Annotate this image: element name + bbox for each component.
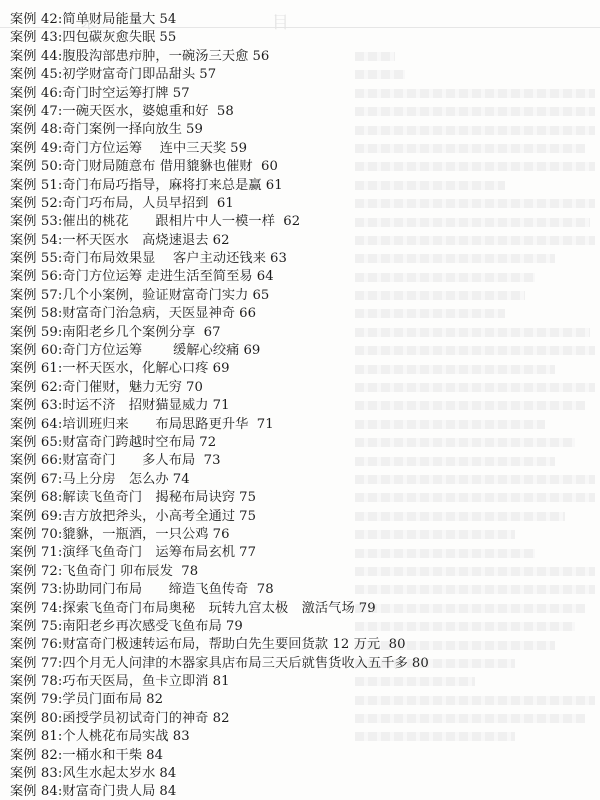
case-title: 解读飞鱼奇门 揭秘布局诀窍: [62, 490, 235, 505]
case-label: 案例: [10, 86, 37, 101]
case-title: 一碗天医水，婆媳重和好: [62, 104, 212, 119]
case-number: 65: [41, 435, 58, 450]
case-number: 72: [41, 564, 58, 579]
page-number: 58: [217, 104, 234, 119]
case-number: 68: [41, 490, 58, 505]
case-title: 奇门方位运筹 走进生活至简至易: [62, 269, 252, 284]
case-number: 56: [41, 269, 58, 284]
page-number: 82: [213, 711, 230, 726]
page-number: 65: [252, 288, 269, 303]
toc-entry: 案例 80:函授学员初试奇门的神奇82: [10, 710, 600, 728]
page-number: 79: [226, 619, 243, 634]
page-number: 62: [283, 214, 300, 229]
toc-entry: 案例 49:奇门方位运筹 连中三天奖59: [10, 140, 600, 158]
case-number: 50: [41, 159, 58, 174]
case-label: 案例: [10, 398, 37, 413]
page-number: 84: [146, 748, 163, 763]
case-title: 学员门面布局: [62, 692, 142, 707]
page-number: 82: [146, 692, 163, 707]
page-number: 59: [230, 141, 247, 156]
case-title: 一杯天医水，化解心口疼: [62, 361, 208, 376]
page-number: 75: [239, 509, 256, 524]
case-number: 63: [41, 398, 58, 413]
case-number: 43: [41, 30, 58, 45]
toc-entry: 案例 45:初学财富奇门即品甜头57: [10, 66, 600, 84]
case-label: 案例: [10, 269, 37, 284]
page-number: 84: [159, 784, 176, 799]
case-title: 吉方放把斧头，小高考全通过: [62, 509, 235, 524]
case-number: 79: [41, 692, 58, 707]
toc-entry: 案例 67:马上分房 怎么办74: [10, 471, 600, 489]
case-title: 貔貅，一瓶酒，一只公鸡: [62, 527, 208, 542]
case-number: 76: [41, 637, 58, 652]
toc-entry: 案例 64:培训班归来 布局思路更升华 71: [10, 416, 600, 434]
case-number: 74: [41, 601, 58, 616]
case-number: 58: [41, 306, 58, 321]
case-title: 财富奇门治急病，天医显神奇: [62, 306, 235, 321]
case-title: 培训班归来 布局思路更升华: [62, 417, 252, 432]
case-label: 案例: [10, 435, 37, 450]
toc-entry: 案例 77:四个月无人问津的木器家具店布局三天后就售货收入五千多80: [10, 655, 600, 673]
case-number: 46: [41, 86, 58, 101]
case-title: 马上分房 怎么办: [62, 472, 168, 487]
case-number: 42: [41, 12, 58, 27]
page-number: 69: [213, 361, 230, 376]
case-label: 案例: [10, 656, 37, 671]
case-title: 南阳老乡几个案例分享: [62, 325, 199, 340]
case-title: 奇门方位运筹 缓解心绞痛: [62, 343, 239, 358]
case-number: 55: [41, 251, 58, 266]
case-number: 82: [41, 748, 58, 763]
case-label: 案例: [10, 784, 37, 799]
page-number: 74: [173, 472, 190, 487]
case-label: 案例: [10, 122, 37, 137]
case-label: 案例: [10, 674, 37, 689]
case-label: 案例: [10, 527, 37, 542]
case-number: 77: [41, 656, 58, 671]
case-title: 飞鱼奇门 卯布辰发: [62, 564, 177, 579]
toc-entry: 案例 76:财富奇门极速转运布局，帮助白先生要回货款 12 万元 80: [10, 636, 600, 654]
case-title: 初学财富奇门即品甜头: [62, 67, 195, 82]
case-title: 奇门布局效果显 客户主动还钱来: [62, 251, 266, 266]
case-title: 几个小案例，验证财富奇门实力: [62, 288, 248, 303]
case-title: 奇门巧布局，人员早招到: [62, 196, 212, 211]
case-title: 四个月无人问津的木器家具店布局三天后就售货收入五千多: [62, 656, 407, 671]
page-number: 60: [261, 159, 278, 174]
case-title: 催出的桃花 跟相片中人一模一样: [62, 214, 279, 229]
case-number: 62: [41, 380, 58, 395]
case-label: 案例: [10, 12, 37, 27]
case-number: 70: [41, 527, 58, 542]
case-number: 80: [41, 711, 58, 726]
case-label: 案例: [10, 509, 37, 524]
case-number: 57: [41, 288, 58, 303]
toc-entry: 案例 52:奇门巧布局，人员早招到 61: [10, 195, 600, 213]
toc-entry: 案例 46:奇门时空运筹打牌57: [10, 85, 600, 103]
case-label: 案例: [10, 159, 37, 174]
case-number: 53: [41, 214, 58, 229]
case-title: 奇门时空运筹打牌: [62, 86, 168, 101]
case-title: 一杯天医水 高烧速退去: [62, 233, 208, 248]
page-number: 67: [204, 325, 221, 340]
case-title: 奇门催财，魅力无穷: [62, 380, 182, 395]
case-label: 案例: [10, 472, 37, 487]
case-label: 案例: [10, 490, 37, 505]
toc-entry: 案例 62:奇门催财，魅力无穷70: [10, 379, 600, 397]
toc-entry: 案例 50:奇门财局随意布 借用貔貅也催财 60: [10, 158, 600, 176]
page-number: 61: [217, 196, 234, 211]
toc-entry: 案例 82:一桶水和干柴84: [10, 747, 600, 765]
case-label: 案例: [10, 49, 37, 64]
toc-entry: 案例 68:解读飞鱼奇门 揭秘布局诀窍75: [10, 489, 600, 507]
toc-entry: 案例 78:巧布天医局，鱼卡立即消81: [10, 673, 600, 691]
case-number: 67: [41, 472, 58, 487]
case-label: 案例: [10, 711, 37, 726]
toc-entry: 案例 61:一杯天医水，化解心口疼69: [10, 360, 600, 378]
page-number: 81: [213, 674, 230, 689]
case-title: 奇门案例一择向放生: [62, 122, 182, 137]
case-title: 函授学员初试奇门的神奇: [62, 711, 208, 726]
toc-entry: 案例 58:财富奇门治急病，天医显神奇66: [10, 305, 600, 323]
case-label: 案例: [10, 601, 37, 616]
case-title: 奇门财局随意布 借用貔貅也催财: [62, 159, 257, 174]
toc-entry: 案例 54:一杯天医水 高烧速退去62: [10, 232, 600, 250]
toc-entry: 案例 51:奇门布局巧指导，麻将打来总是赢61: [10, 177, 600, 195]
case-label: 案例: [10, 748, 37, 763]
case-label: 案例: [10, 196, 37, 211]
toc-entry: 案例 84:财富奇门贵人局84: [10, 783, 600, 800]
case-label: 案例: [10, 729, 37, 744]
case-label: 案例: [10, 288, 37, 303]
page-number: 73: [204, 453, 221, 468]
case-number: 48: [41, 122, 58, 137]
case-label: 案例: [10, 582, 37, 597]
case-title: 探索飞鱼奇门布局奥秘 玩转九宫太极 激活气场: [62, 601, 354, 616]
case-number: 78: [41, 674, 58, 689]
case-number: 64: [41, 417, 58, 432]
page-number: 75: [239, 490, 256, 505]
case-label: 案例: [10, 453, 37, 468]
case-label: 案例: [10, 619, 37, 634]
toc-entry: 案例 42:简单财局能量大54: [10, 11, 600, 29]
case-number: 59: [41, 325, 58, 340]
page-number: 71: [257, 417, 274, 432]
page-number: 69: [243, 343, 260, 358]
toc-entry: 案例 59:南阳老乡几个案例分享 67: [10, 324, 600, 342]
page-number: 63: [270, 251, 287, 266]
case-number: 69: [41, 509, 58, 524]
page-number: 61: [266, 178, 283, 193]
page-number: 76: [213, 527, 230, 542]
case-title: 巧布天医局，鱼卡立即消: [62, 674, 208, 689]
page-number: 72: [199, 435, 216, 450]
case-number: 81: [41, 729, 58, 744]
case-title: 简单财局能量大: [62, 12, 155, 27]
toc-entry: 案例 71:演绎飞鱼奇门 运筹布局玄机77: [10, 544, 600, 562]
case-title: 个人桃花布局实战: [62, 729, 168, 744]
page-number: 83: [173, 729, 190, 744]
case-number: 61: [41, 361, 58, 376]
case-number: 51: [41, 178, 58, 193]
page-number: 57: [199, 67, 216, 82]
page-number: 66: [239, 306, 256, 321]
page-number: 80: [412, 656, 429, 671]
toc-entry: 案例 75:南阳老乡再次感受飞鱼布局79: [10, 618, 600, 636]
case-label: 案例: [10, 361, 37, 376]
toc-entry: 案例 43:四包碳灰愈失眠55: [10, 29, 600, 47]
case-number: 49: [41, 141, 58, 156]
case-number: 45: [41, 67, 58, 82]
case-label: 案例: [10, 380, 37, 395]
case-title: 奇门布局巧指导，麻将打来总是赢: [62, 178, 261, 193]
case-title: 奇门方位运筹 连中三天奖: [62, 141, 226, 156]
page-number: 64: [257, 269, 274, 284]
case-number: 66: [41, 453, 58, 468]
case-label: 案例: [10, 417, 37, 432]
page-number: 77: [239, 545, 256, 560]
case-label: 案例: [10, 564, 37, 579]
toc-entry: 案例 83:风生水起太岁水84: [10, 765, 600, 783]
page-number: 57: [173, 86, 190, 101]
case-label: 案例: [10, 692, 37, 707]
case-title: 时运不济 招财猫显威力: [62, 398, 208, 413]
case-title: 财富奇门跨越时空布局: [62, 435, 195, 450]
toc-entry: 案例 57:几个小案例，验证财富奇门实力65: [10, 287, 600, 305]
toc-entry: 案例 81:个人桃花布局实战83: [10, 728, 600, 746]
case-number: 75: [41, 619, 58, 634]
case-title: 一桶水和干柴: [62, 748, 142, 763]
page-number: 78: [181, 564, 198, 579]
case-label: 案例: [10, 141, 37, 156]
case-number: 83: [41, 766, 58, 781]
case-label: 案例: [10, 251, 37, 266]
document-page: 录 目 案例 42:简单财局能量大54案例 43:四包碳灰愈失眠55案例 44:…: [0, 0, 600, 800]
toc-entry: 案例 70:貔貅，一瓶酒，一只公鸡76: [10, 526, 600, 544]
case-label: 案例: [10, 67, 37, 82]
toc-entry: 案例 65:财富奇门跨越时空布局72: [10, 434, 600, 452]
page-number: 78: [257, 582, 274, 597]
page-number: 55: [159, 30, 176, 45]
toc-entry: 案例 63:时运不济 招财猫显威力71: [10, 397, 600, 415]
toc-entry: 案例 44:腹股沟部患疖肿，一碗汤三天愈56: [10, 48, 600, 66]
case-number: 73: [41, 582, 58, 597]
toc-entry: 案例 72:飞鱼奇门 卯布辰发 78: [10, 563, 600, 581]
case-number: 52: [41, 196, 58, 211]
page-number: 84: [159, 766, 176, 781]
toc-entry: 案例 47:一碗天医水，婆媳重和好 58: [10, 103, 600, 121]
case-label: 案例: [10, 178, 37, 193]
case-title: 演绎飞鱼奇门 运筹布局玄机: [62, 545, 235, 560]
case-label: 案例: [10, 233, 37, 248]
case-number: 71: [41, 545, 58, 560]
toc-entry: 案例 79:学员门面布局82: [10, 691, 600, 709]
case-number: 47: [41, 104, 58, 119]
toc-entry: 案例 53:催出的桃花 跟相片中人一模一样 62: [10, 213, 600, 231]
case-title: 财富奇门极速转运布局，帮助白先生要回货款 12 万元: [62, 637, 384, 652]
case-label: 案例: [10, 637, 37, 652]
case-title: 风生水起太岁水: [62, 766, 155, 781]
page-number: 54: [159, 12, 176, 27]
case-title: 腹股沟部患疖肿，一碗汤三天愈: [62, 49, 248, 64]
case-label: 案例: [10, 343, 37, 358]
toc-entry: 案例 60:奇门方位运筹 缓解心绞痛69: [10, 342, 600, 360]
case-label: 案例: [10, 104, 37, 119]
page-number: 80: [389, 637, 406, 652]
case-number: 84: [41, 784, 58, 799]
page-number: 56: [252, 49, 269, 64]
case-label: 案例: [10, 30, 37, 45]
toc-entry: 案例 66:财富奇门 多人布局 73: [10, 452, 600, 470]
toc-entry: 案例 55:奇门布局效果显 客户主动还钱来63: [10, 250, 600, 268]
page-number: 79: [359, 601, 376, 616]
page-number: 62: [213, 233, 230, 248]
page-number: 70: [186, 380, 203, 395]
toc-entry: 案例 56:奇门方位运筹 走进生活至简至易64: [10, 268, 600, 286]
toc-entry: 案例 74:探索飞鱼奇门布局奥秘 玩转九宫太极 激活气场79: [10, 600, 600, 618]
case-label: 案例: [10, 214, 37, 229]
case-title: 南阳老乡再次感受飞鱼布局: [62, 619, 221, 634]
case-number: 44: [41, 49, 58, 64]
toc-entry: 案例 69:吉方放把斧头，小高考全通过75: [10, 508, 600, 526]
case-number: 60: [41, 343, 58, 358]
page-number: 59: [186, 122, 203, 137]
case-label: 案例: [10, 545, 37, 560]
toc-entry: 案例 48:奇门案例一择向放生59: [10, 121, 600, 139]
case-label: 案例: [10, 325, 37, 340]
case-label: 案例: [10, 306, 37, 321]
page-number: 71: [213, 398, 230, 413]
case-title: 四包碳灰愈失眠: [62, 30, 155, 45]
toc-entry: 案例 73:协助同门布局 缔造飞鱼传奇 78: [10, 581, 600, 599]
case-label: 案例: [10, 766, 37, 781]
case-title: 协助同门布局 缔造飞鱼传奇: [62, 582, 252, 597]
case-number: 54: [41, 233, 58, 248]
table-of-contents: 案例 42:简单财局能量大54案例 43:四包碳灰愈失眠55案例 44:腹股沟部…: [10, 11, 600, 800]
case-title: 财富奇门 多人布局: [62, 453, 199, 468]
case-title: 财富奇门贵人局: [62, 784, 155, 799]
